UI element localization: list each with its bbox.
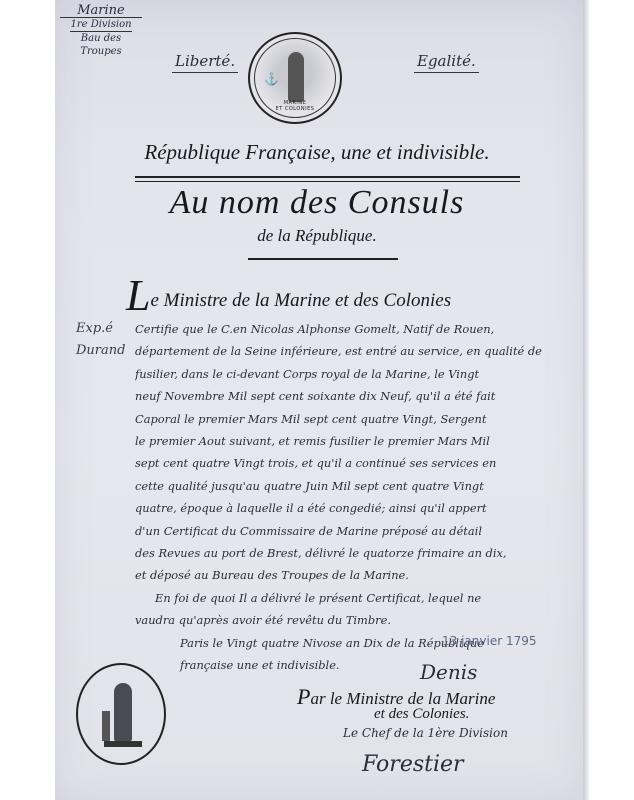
issuer-text: e Ministre de la Marine et des Colonies (150, 290, 451, 311)
republic-heading: République Française, une et indivisible… (0, 140, 634, 165)
liberty-medallion (76, 663, 166, 765)
signature-block-chef: Le Chef de la 1ère Division (343, 726, 508, 740)
body-line: sept cent quatre Vingt trois, et qu'il a… (135, 452, 575, 474)
issuer-initial: L (126, 271, 150, 320)
margin-heading: Marine 1re Division Bau des Troupes (60, 4, 142, 58)
body-line: cette qualité jusqu'au quatre Juin Mil s… (135, 475, 575, 497)
signature-denis: Denis (420, 660, 477, 684)
body-line: Caporal le premier Mars Mil sept cent qu… (135, 408, 575, 430)
consulat-subheading: de la République. (0, 226, 634, 246)
margin-note-durand: Durand (76, 340, 125, 362)
margin-heading-division: 1re Division (70, 18, 132, 32)
motto-egalite: Egalité. (414, 52, 479, 70)
body-line: d'un Certificat du Commissaire de Marine… (135, 520, 575, 542)
medallion-column (102, 711, 110, 741)
seal-legend: MARINE ET COLONIES (250, 100, 340, 112)
body-line: et déposé au Bureau des Troupes de la Ma… (135, 564, 575, 586)
issuer-heading: Le Ministre de la Marine et des Colonies (126, 270, 451, 321)
closing-line: française une et indivisible. (135, 654, 575, 676)
margin-note-exp: Exp.é (76, 318, 125, 340)
motto-liberte: Liberté. (172, 52, 238, 70)
anchor-icon: ⚓ (264, 72, 279, 86)
body-line: le premier Aout suivant, et remis fusili… (135, 430, 575, 452)
margin-note: Exp.é Durand (76, 318, 125, 362)
signature-forestier: Forestier (362, 752, 464, 777)
consulat-heading: Au nom des Consuls (0, 184, 634, 222)
medallion-figure (114, 683, 132, 741)
body-line: département de la Seine inférieure, est … (135, 340, 575, 362)
marine-seal: ⚓ MARINE ET COLONIES (248, 32, 342, 124)
body-line: Certifie que le C.en Nicolas Alphonse Go… (135, 318, 575, 340)
body-line: fusilier, dans le ci-devant Corps royal … (135, 363, 575, 385)
stamp-date: 13 janvier 1795 (442, 634, 536, 648)
medallion-base (104, 741, 142, 747)
body-line: quatre, époque à laquelle il a été conge… (135, 497, 575, 519)
margin-heading-marine: Marine (60, 4, 142, 18)
certificate-body: Certifie que le C.en Nicolas Alphonse Go… (135, 318, 575, 677)
body-line: neuf Novembre Mil sept cent soixante dix… (135, 385, 575, 407)
body-line: des Revues au port de Brest, délivré le … (135, 542, 575, 564)
closing-line: En foi de quoi Il a délivré le présent C… (135, 587, 575, 609)
margin-heading-bureau: Bau des Troupes (60, 32, 142, 58)
closing-line: vaudra qu'après avoir été revêtu du Timb… (135, 609, 575, 631)
double-rule (135, 176, 520, 182)
signature-block-line2: et des Colonies. (374, 706, 469, 723)
short-rule (248, 258, 398, 260)
seal-figure (288, 52, 304, 102)
